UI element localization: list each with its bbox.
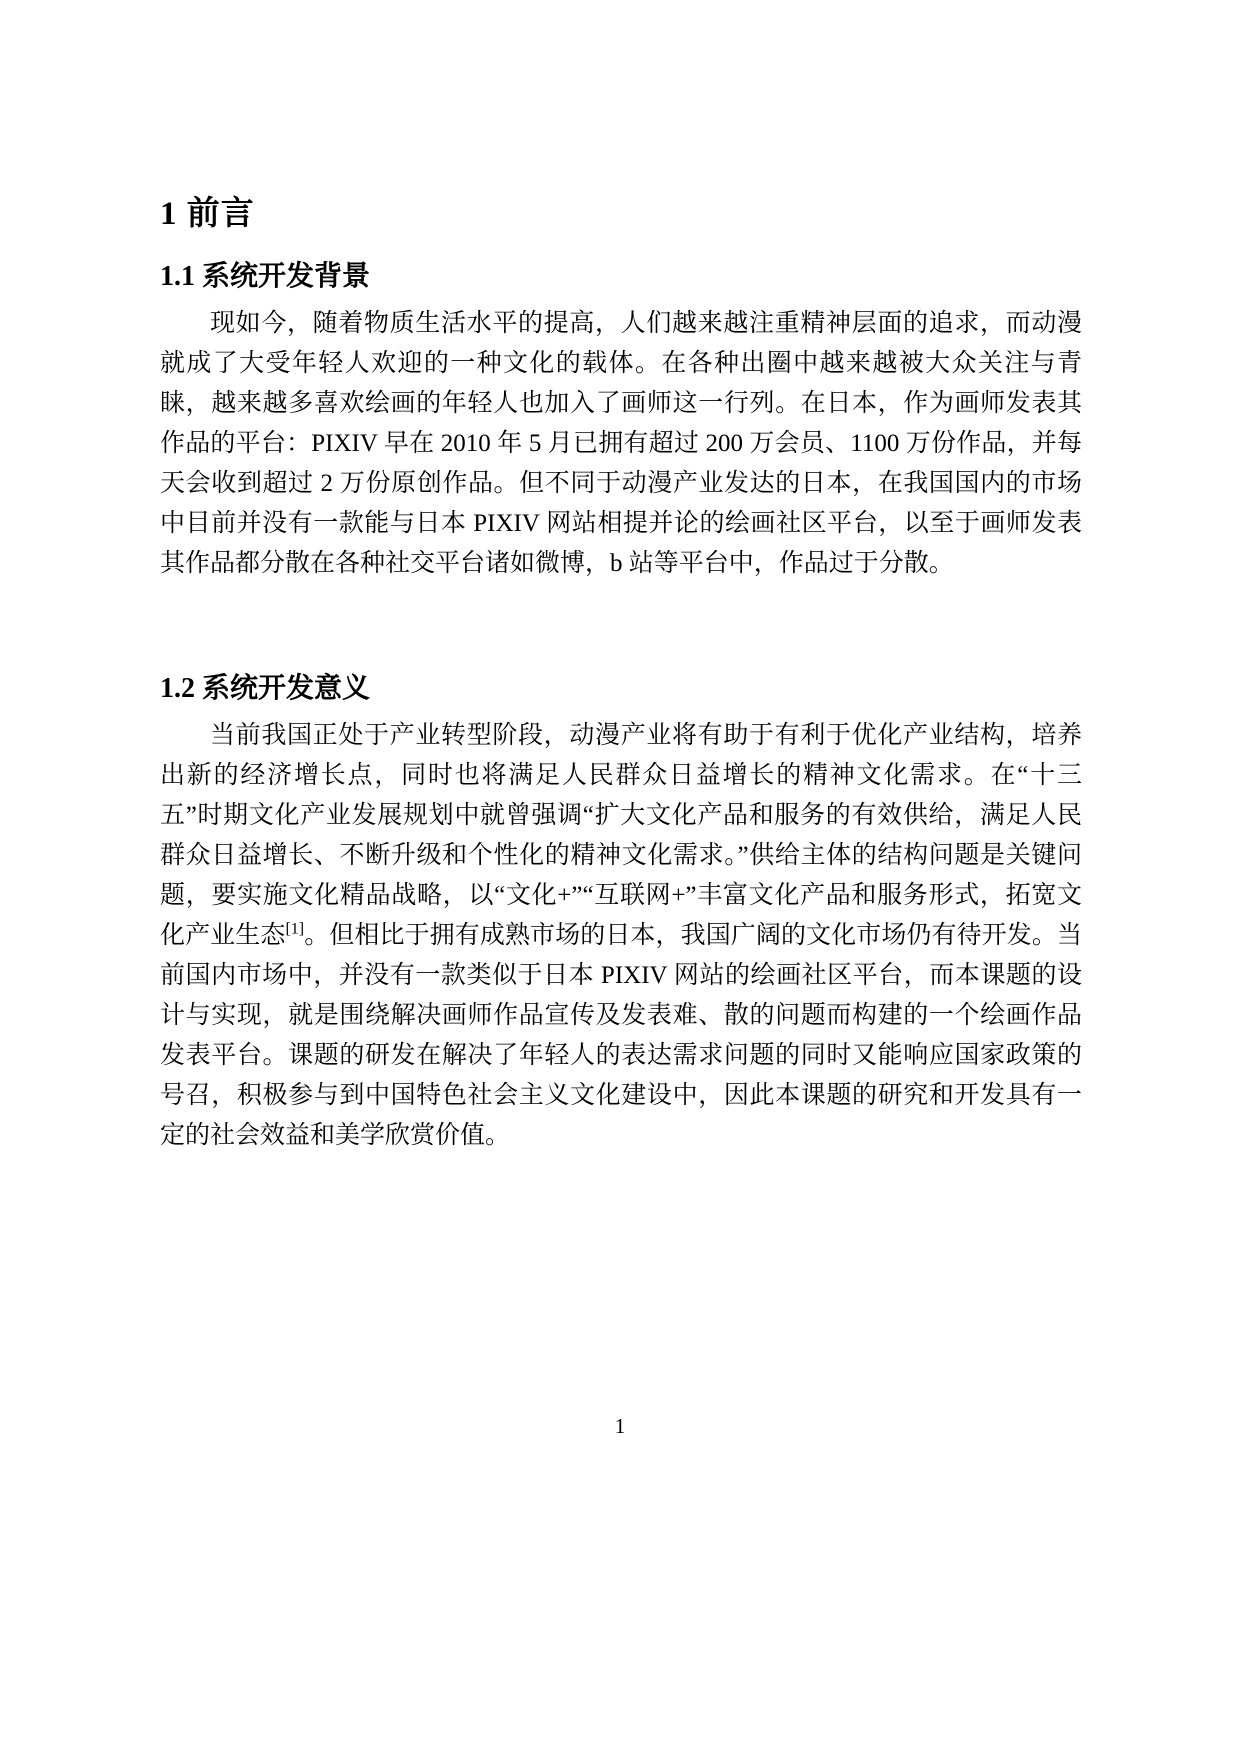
document-page: 1 前言 1.1 系统开发背景 现如今，随着物质生活水平的提高，人们越来越注重精… <box>0 0 1240 1754</box>
section-1-2-paragraph-part1: 当前我国正处于产业转型阶段，动漫产业将有助于有利于优化产业结构，培养出新的经济增… <box>160 722 1082 949</box>
citation-marker: [1] <box>285 921 304 938</box>
section-1-1-paragraph: 现如今，随着物质生活水平的提高，人们越来越注重精神层面的追求，而动漫就成了大受年… <box>160 304 1082 584</box>
section-heading-1-2: 1.2 系统开发意义 <box>160 670 1082 708</box>
page-content: 1 前言 1.1 系统开发背景 现如今，随着物质生活水平的提高，人们越来越注重精… <box>160 192 1082 1156</box>
section-1-2-paragraph-part2: 。但相比于拥有成熟市场的日本，我国广阔的文化市场仍有待开发。当前国内市场中，并没… <box>160 922 1082 1149</box>
chapter-title: 1 前言 <box>160 192 1082 236</box>
section-1-2-paragraph: 当前我国正处于产业转型阶段，动漫产业将有助于有利于优化产业结构，培养出新的经济增… <box>160 716 1082 1156</box>
page-number: 1 <box>0 1412 1240 1440</box>
section-heading-1-1: 1.1 系统开发背景 <box>160 258 1082 296</box>
